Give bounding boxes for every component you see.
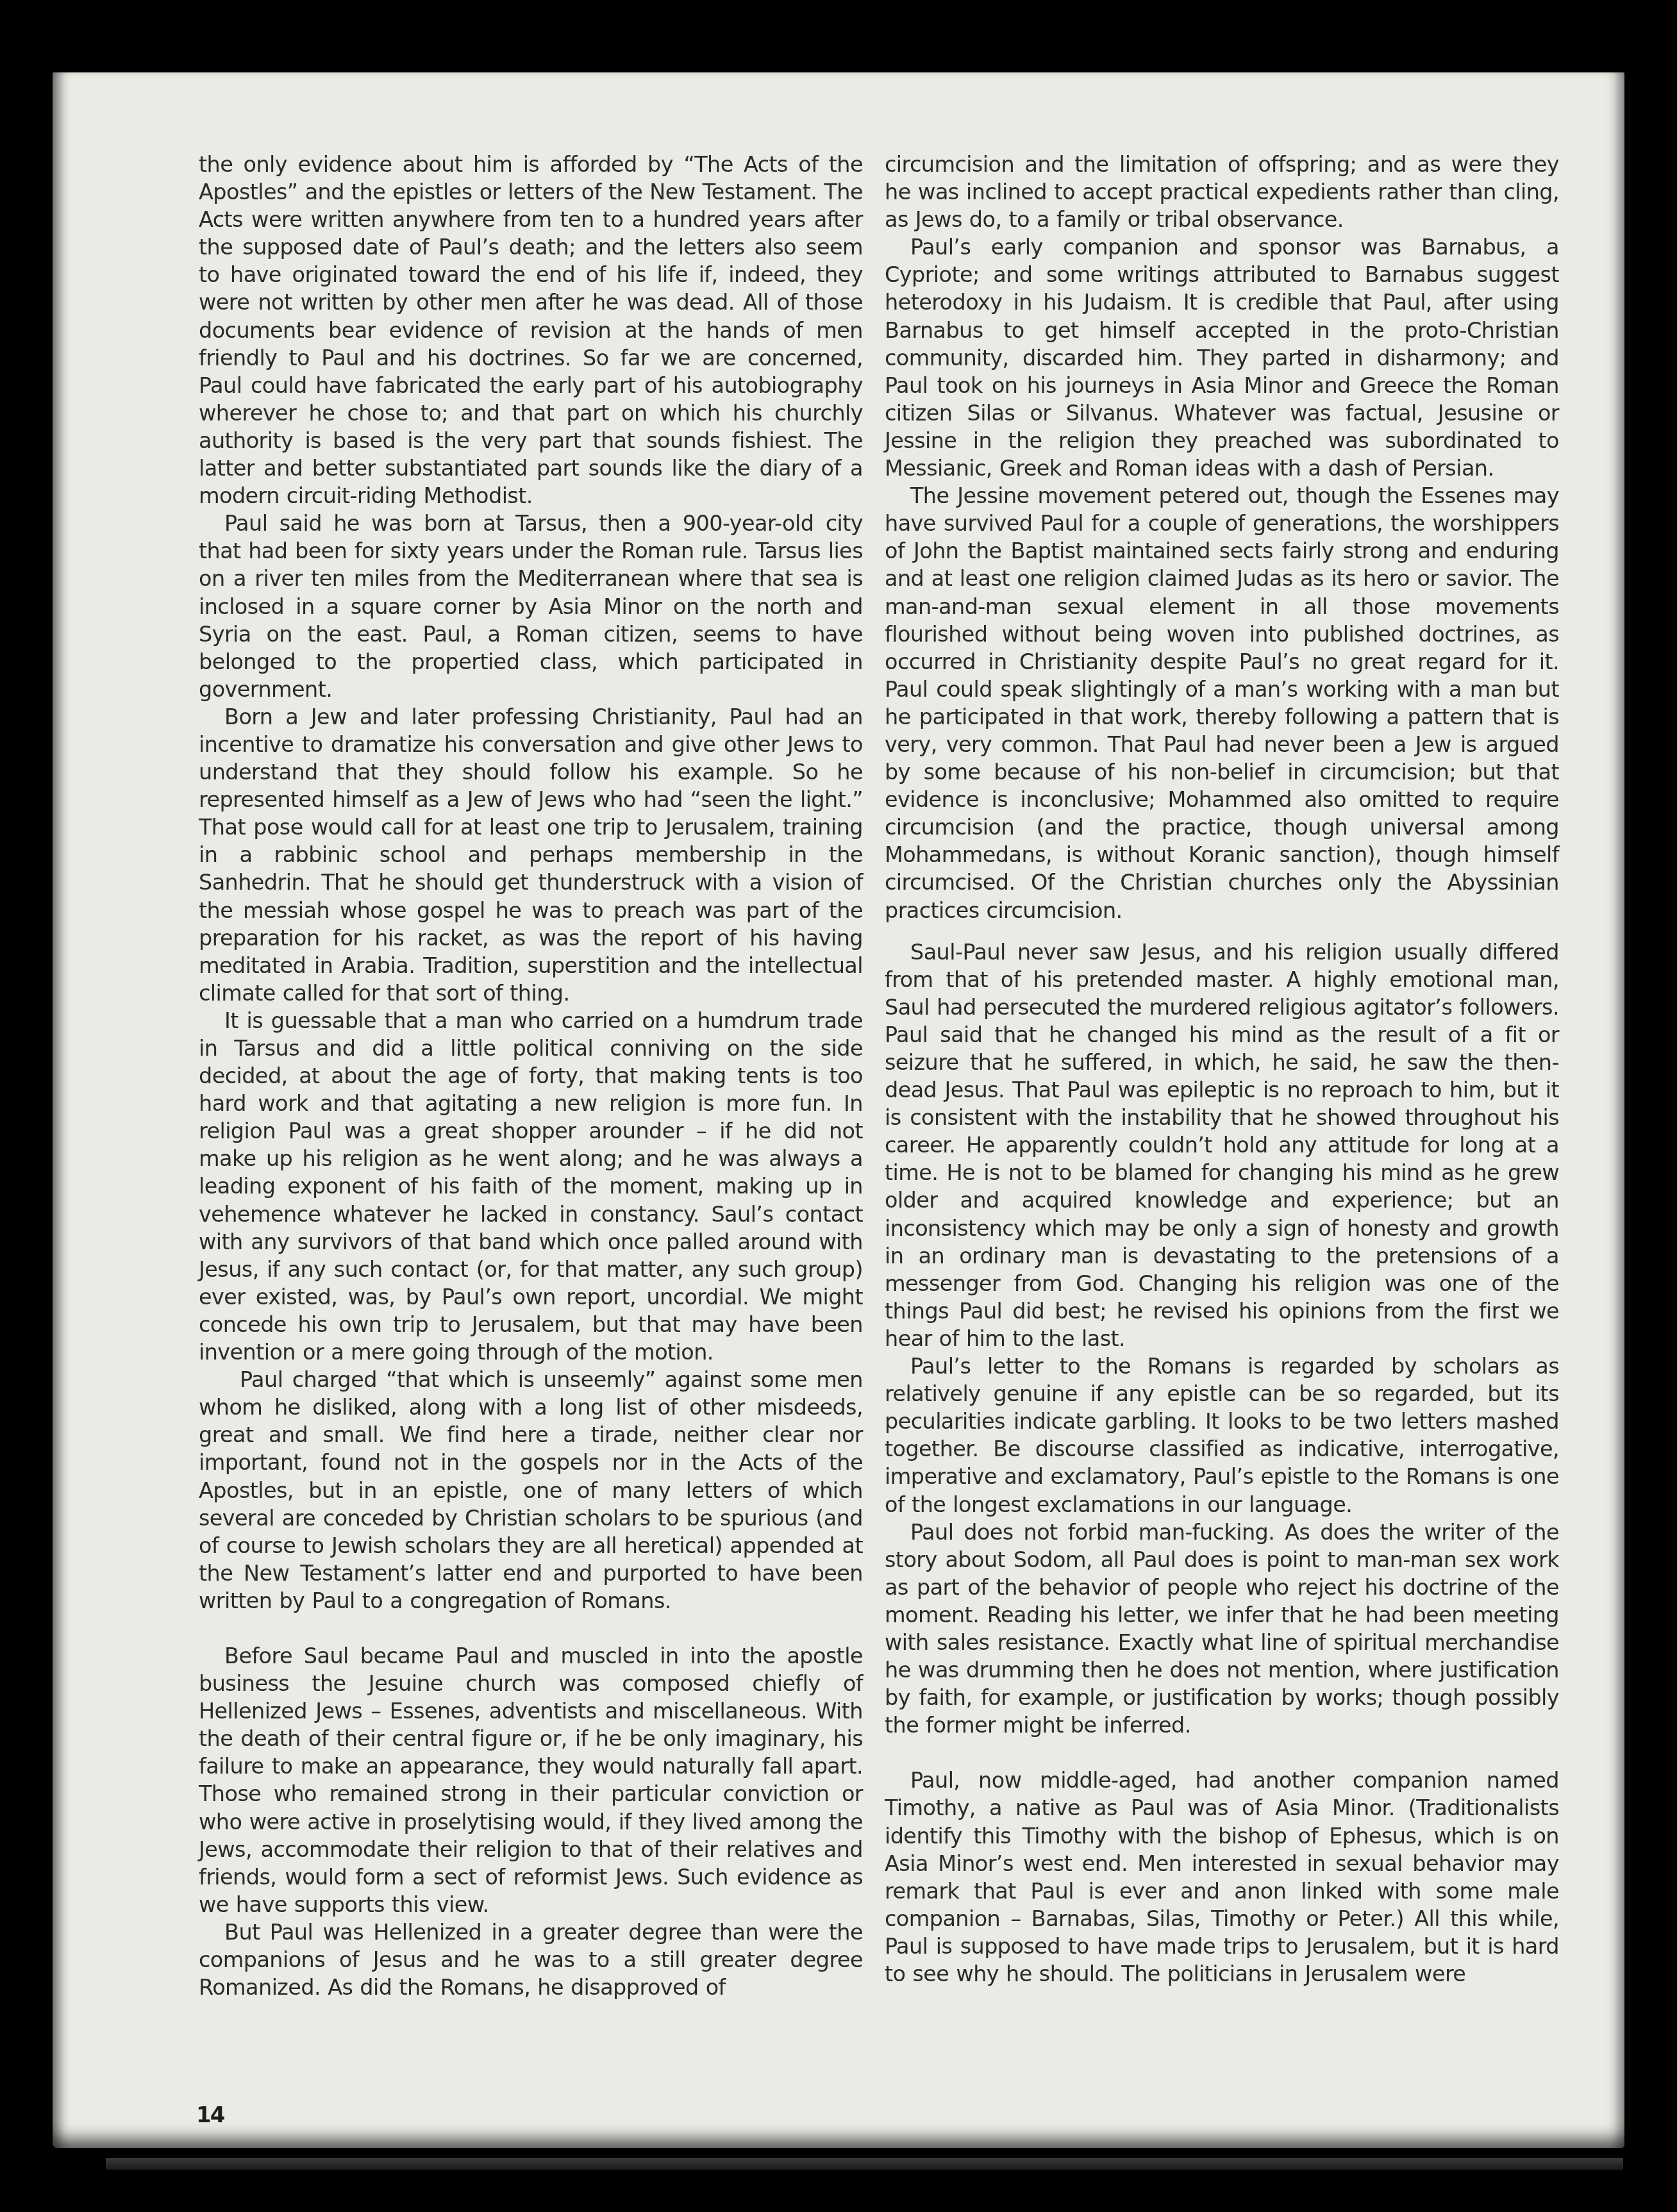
paragraph: It is guessable that a man who carried o… <box>199 1007 863 1366</box>
paragraph: But Paul was Hellenized in a greater deg… <box>199 1918 863 2001</box>
page-number: 14 <box>196 2102 224 2128</box>
paragraph: the only evidence about him is afforded … <box>199 151 863 510</box>
paragraph: Paul’s early companion and sponsor was B… <box>885 233 1559 482</box>
right-text-column: circumcision and the limitation of offsp… <box>885 151 1559 1988</box>
paragraph: Before Saul became Paul and muscled in i… <box>199 1642 863 1918</box>
paragraph: Paul, now middle-aged, had another compa… <box>885 1767 1559 1988</box>
paragraph: Paul said he was born at Tarsus, then a … <box>199 510 863 703</box>
paragraph: Paul charged “that which is unseemly” ag… <box>199 1366 863 1615</box>
paragraph: Born a Jew and later professing Christia… <box>199 703 863 1007</box>
paragraph: The Jessine movement petered out, though… <box>885 482 1559 924</box>
paragraph: Saul-Paul never saw Jesus, and his relig… <box>885 938 1559 1352</box>
page-stack-edge <box>106 2158 1623 2170</box>
paragraph: Paul’s letter to the Romans is regarded … <box>885 1352 1559 1518</box>
paragraph: circumcision and the limitation of offsp… <box>885 151 1559 233</box>
left-text-column: the only evidence about him is afforded … <box>199 151 863 2001</box>
paragraph: Paul does not forbid man-fucking. As doe… <box>885 1518 1559 1740</box>
